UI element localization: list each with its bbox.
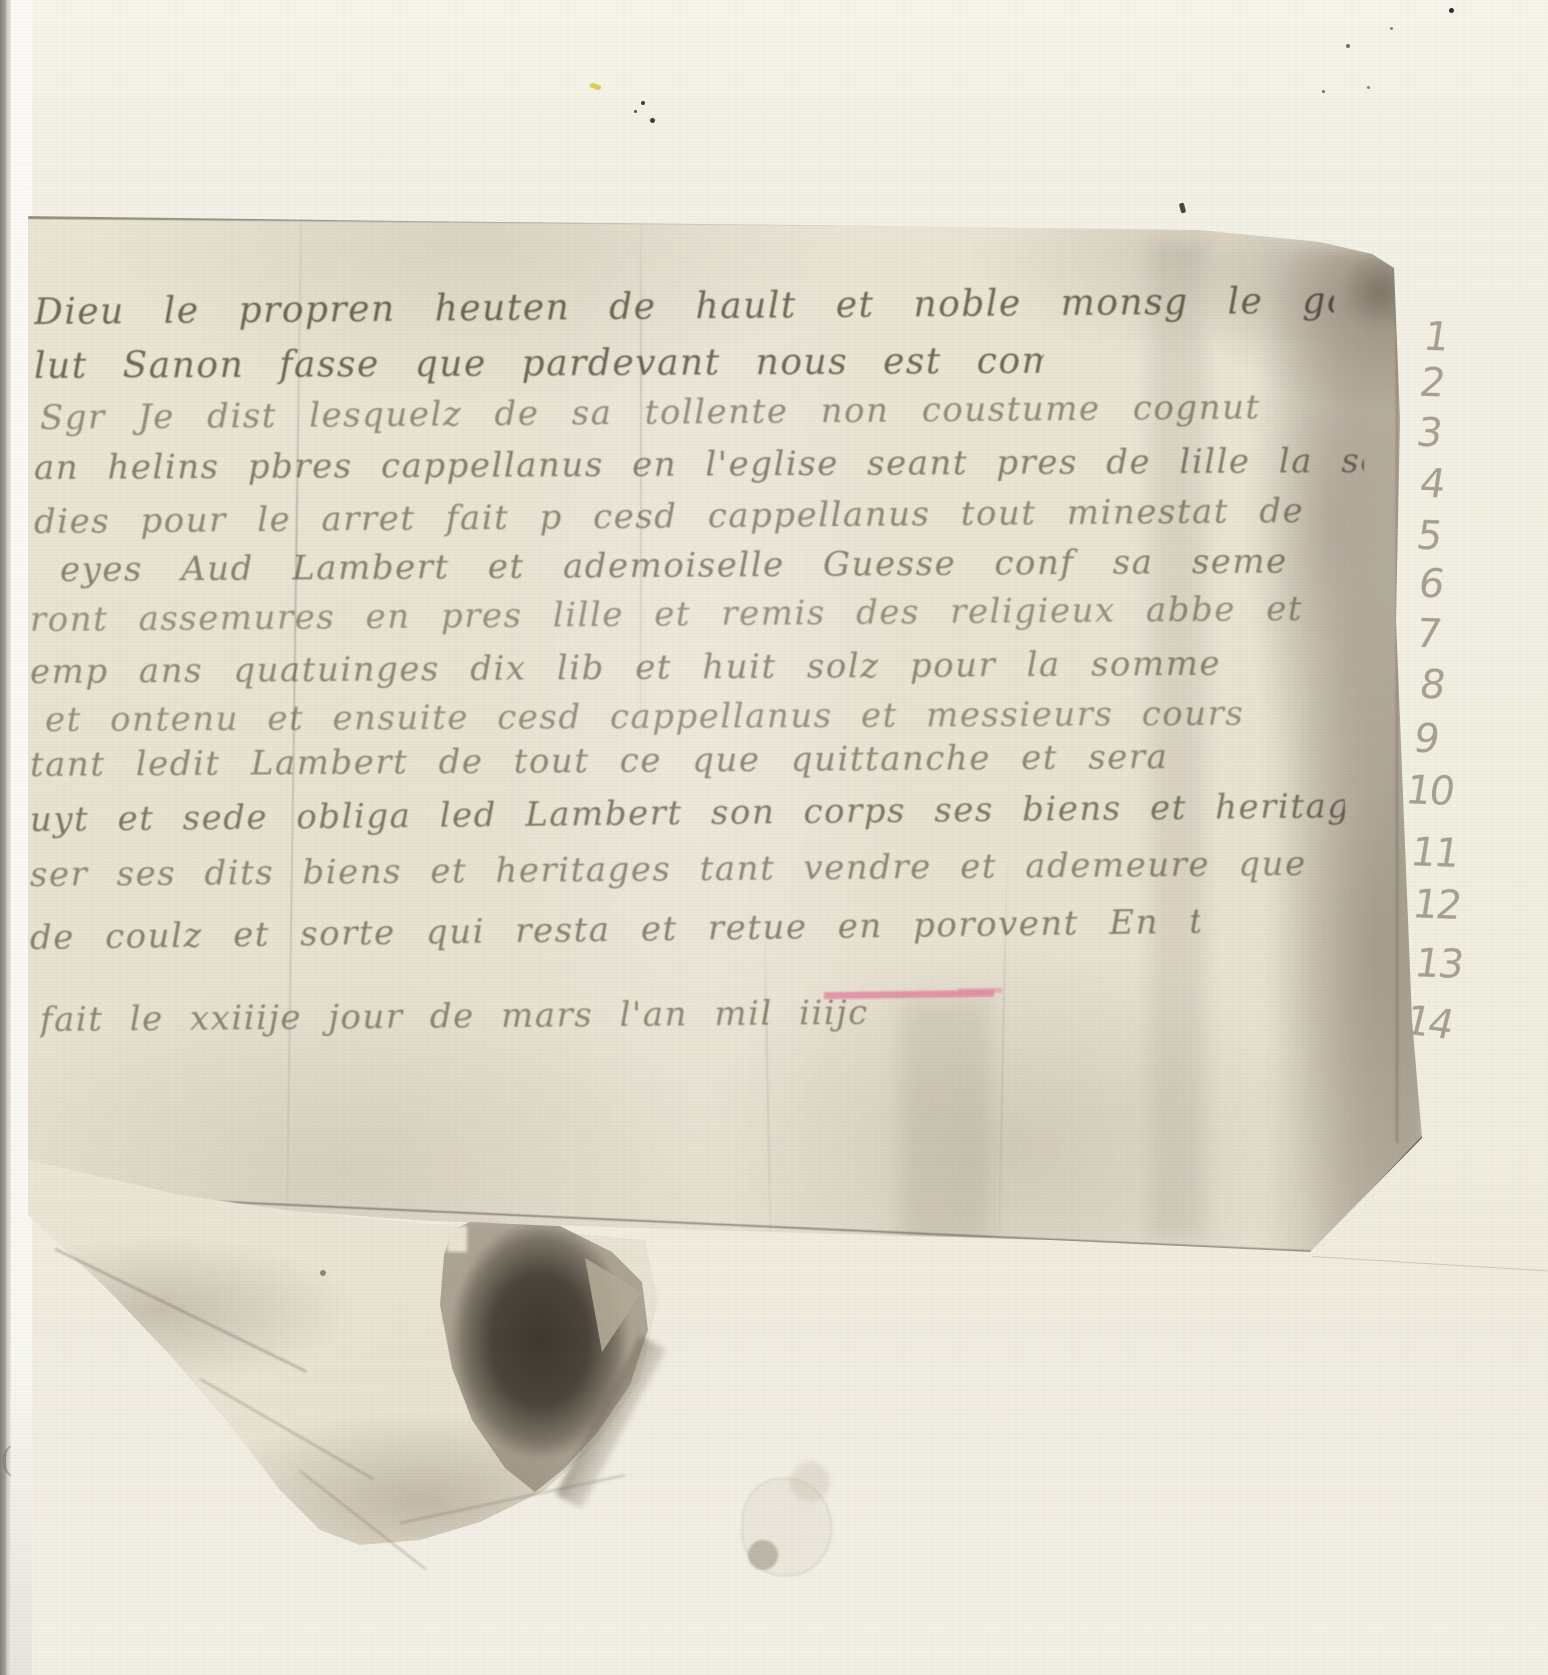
- manuscript-line-2: lut Sanon fasse que pardevant nous est c…: [34, 341, 1044, 398]
- margin-number-1: 1: [1420, 314, 1451, 361]
- parchment-right-shading: [1262, 250, 1427, 1260]
- margin-number-14: 14: [1400, 997, 1457, 1048]
- flap-dot: [320, 1270, 326, 1276]
- backing-crease-line: [1312, 1256, 1548, 1271]
- margin-number-2: 2: [1416, 360, 1447, 407]
- parchment-top-edge: [28, 216, 1328, 229]
- ink-speck-2: [650, 118, 655, 123]
- pink-underline-tail: [958, 988, 1002, 994]
- ink-mark-above-edge: [1179, 203, 1186, 214]
- parchment-right-edge: [1396, 268, 1398, 1143]
- manuscript-line-3: Sgr Je dist lesquelz de sa tollente non …: [40, 387, 1280, 450]
- paper-speck-3: [1367, 86, 1370, 89]
- left-edge-paren-mark: (: [0, 1440, 13, 1480]
- paper-speck-1: [1322, 90, 1325, 93]
- margin-number-5: 5: [1413, 513, 1444, 560]
- margin-number-6: 6: [1415, 561, 1446, 608]
- bottom-stain-circle: [748, 1540, 778, 1570]
- paper-speck-2: [1346, 44, 1350, 48]
- margin-number-9: 9: [1410, 716, 1441, 763]
- paper-speck-5: [1449, 8, 1454, 13]
- yellow-speck: [589, 82, 601, 90]
- parchment-crease-vertical-lower: [764, 940, 771, 1240]
- manuscript-line-14: fait le xxiiije jour de mars l'an mil ii…: [40, 993, 870, 1052]
- margin-number-13: 13: [1411, 940, 1465, 988]
- bottom-stain-halo: [790, 1462, 830, 1502]
- margin-number-11: 11: [1407, 829, 1461, 877]
- seal-notch: [447, 1226, 467, 1252]
- parchment-top-right-smudge: [1340, 250, 1420, 330]
- margin-number-4: 4: [1416, 461, 1447, 508]
- margin-number-7: 7: [1412, 611, 1443, 658]
- margin-number-10: 10: [1402, 767, 1456, 815]
- ink-speck-1: [641, 101, 645, 105]
- margin-number-12: 12: [1409, 881, 1463, 929]
- scanned-document-page: Dieu le propren heuten de hault et noble…: [0, 0, 1548, 1675]
- margin-number-3: 3: [1413, 410, 1444, 457]
- parchment-shade-band-lower: [900, 1000, 990, 1250]
- paper-speck-4: [1390, 27, 1393, 30]
- margin-number-8: 8: [1416, 662, 1447, 709]
- ink-speck-3: [634, 110, 637, 113]
- manuscript-line-10: tant ledit Lambert de tout ce que quitta…: [30, 737, 1180, 797]
